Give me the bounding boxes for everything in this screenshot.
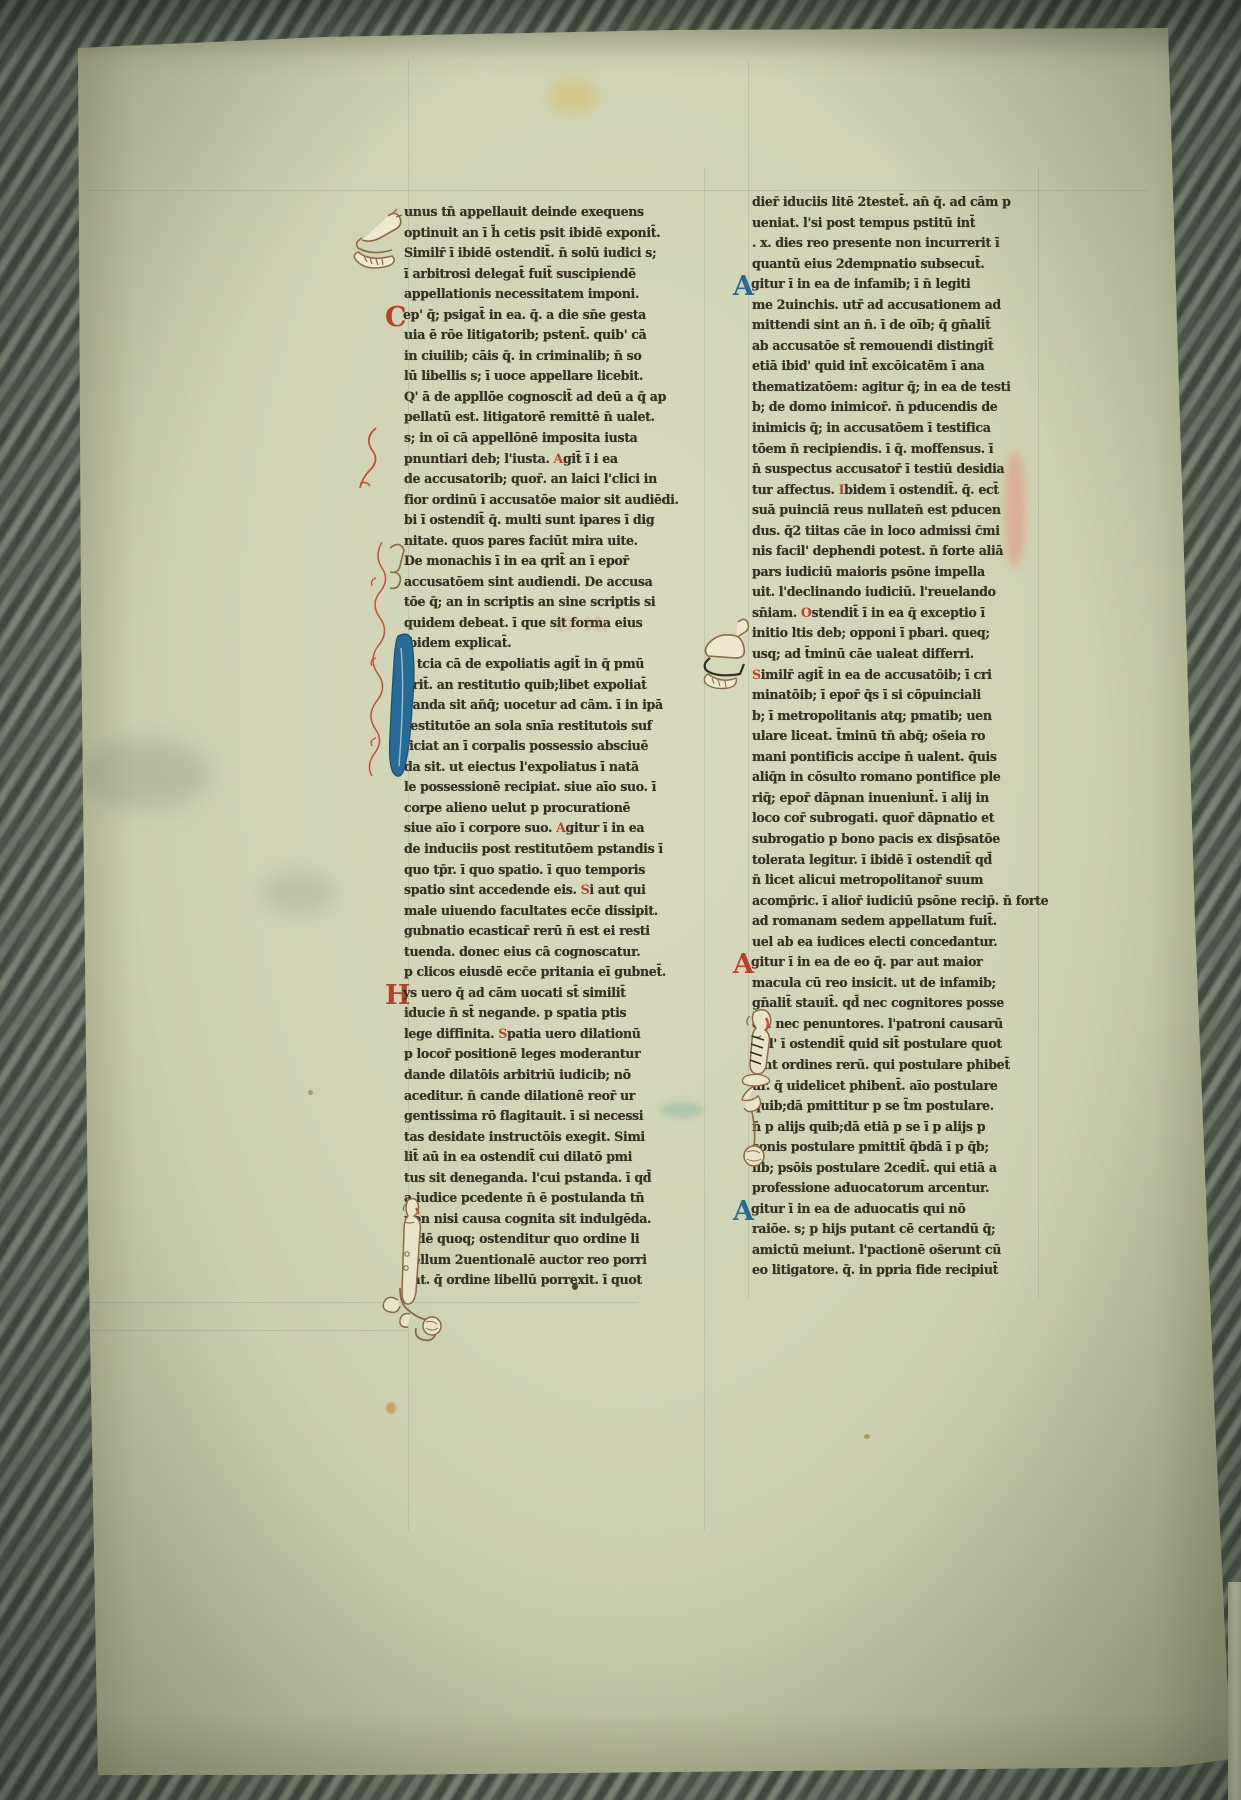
text-line: sonis postulare pmittit̄ q̄bdā ī p q̄b; [752,1137,1052,1158]
text-line: quidem debeat. ī que sit forma eius [404,613,704,634]
text-line: quib;dā pmittitur p se t̄m postulare. [752,1096,1052,1117]
text-line: tas desidate instructōis exegit. Simi [404,1127,704,1148]
text-line: pars iudiciū maioris psōne impella [752,562,1052,583]
text-line: de accusatorib; quor̄. an laici l'clici … [404,469,704,490]
text-line: Similr̄ agit̄ in ea de accusatōib; ī cri [752,665,1052,686]
text-line: dus. q̄2 tiitas cāe in loco admissi c̄mi [752,521,1052,542]
text-line: n tcia cā de expoliatis agit̄ in q̄ pmū [404,654,704,675]
text-line: b; de domo inimicor̄. n̄ pducendis de [752,397,1052,418]
text-line: sint ordines rerū. qui postulare phibet̄ [752,1055,1052,1076]
text-line: spatio sint accedende eis. Si aut qui [404,880,704,901]
text-line: Q' ā de appllōe cognoscit̄ ad deū a q̄ a… [404,387,704,408]
text-line: riq̄; epor̄ dāpnan inueniunt̄. ī alij in [752,788,1052,809]
text-line: corpe alieno uelut p procurationē [404,798,704,819]
text-line: da sit. ut eiectus l'expoliatus ī natā [404,757,704,778]
text-line: uel ab ea iudices electi concedantur. [752,932,1052,953]
text-line: Agitur ī in ea de eo q̄. par aut maior [752,952,1052,973]
text-line: nis facil' dephendi potest. n̄ forte ali… [752,541,1052,562]
text-line: lit̄ aū in ea ostendit̄ cui dilatō pmi [404,1147,704,1168]
text-line: . x. dies reo presente non incurrerit ī [752,233,1052,254]
ruling-line-horizontal [88,1302,638,1303]
text-line: acomp̄ric. ī alior̄ iudiciū psōne recip̄… [752,891,1052,912]
drollery-creature-icon [348,208,406,270]
text-line: siue aīo ī corpore suo. Agitur ī in ea [404,818,704,839]
text-line: lū libellis s; ī uoce appellare licebit. [404,366,704,387]
text-line: minatōib; ī epor̄ q̄s ī si cōpuinciali [752,685,1052,706]
text-line: non nisi causa cognita sit indulgēda. [404,1209,704,1230]
text-line: tōem n̄ recipiendis. ī q̄. moffensus. ī [752,439,1052,460]
text-line: ibidem explicat̄. [404,633,704,654]
text-line: gat. q̄ ordine libellū porrexit. ī quot [404,1270,704,1291]
text-line: mani pontificis accipe n̄ ualent. q̄uis [752,747,1052,768]
text-line: tur affectus. Ibidem ī ostendit̄. q̄. ec… [752,480,1052,501]
stain-speck [386,1402,396,1414]
text-line: ab accusatōe st̄ remouendi distingit̄ [752,336,1052,357]
text-line: uit. l'declinando iudiciū. l'reuelando [752,582,1052,603]
text-line: b; ī metropolitanis atq; pmatib; uen [752,706,1052,727]
blue-initial-penwork-icon [368,538,416,814]
text-line: raiōe. s; p hijs putant cē certandū q̄; [752,1219,1052,1240]
text-line: bidē quoq; ostenditur quo ordine li [404,1229,704,1250]
text-line: danda sit an̄q̄; uocetur ad cām. ī in ip… [404,695,704,716]
text-line: mittendi sint an n̄. ī de oīb; q̄ gn̄ali… [752,315,1052,336]
text-line: lege diffinita. Spatia uero dilationū [404,1024,704,1045]
text-line: bellum 2uentionalē auctor reo porri [404,1250,704,1271]
text-line: tolerata legitur. ī ibidē ī ostendit̄ qd… [752,850,1052,871]
text-column-left: unus tn̄ appellauit deinde exequensoptin… [404,202,704,1291]
text-line: Agitur ī in ea de infamib; ī n̄ legiti [752,274,1052,295]
text-line: gn̄alit̄ stauit̄. qd̄ nec cognitores pos… [752,993,1052,1014]
text-line: n̄ suspectus accusator̄ ī testiū desidia [752,459,1052,480]
text-line: ficiat an ī corpalis possessio absciuē [404,736,704,757]
text-line: iducie n̄ st̄ negande. p spatia ptis [404,1003,704,1024]
text-line: suā puinciā reus nullaten̄ est pducen [752,500,1052,521]
text-line: me 2uinchis. utr̄ ad accusationem ad [752,295,1052,316]
text-line: bid' ī ostendit̄ quid sit̄ postulare quo… [752,1034,1052,1055]
gutter-drollery-animal-icon [698,616,752,694]
leaf-flourish-icon [380,1286,448,1344]
text-line: cē: nec penuntores. l'patroni causarū [752,1014,1052,1035]
text-line: professione aduocatorum arcentur. [752,1178,1052,1199]
text-line: amictū meiunt. l'pactionē os̄erunt cū [752,1240,1052,1261]
photograph-of-manuscript: { "document": { "kind": "medieval manusc… [0,0,1241,1800]
text-line: appellationis necessitatem imponi. [404,284,704,305]
text-line: gubnatio ecasticar̄ rerū n̄ est ei resti [404,921,704,942]
text-line: p clicos eiusdē ecc̄e pritania eī gubnet… [404,962,704,983]
text-line: subrogatio p bono pacis ex disp̄satōe [752,829,1052,850]
ruling-line-horizontal [88,1330,408,1331]
text-line: tus sit deneganda. l'cui pstanda. ī qd̄ [404,1168,704,1189]
stain-speck [864,1434,870,1439]
text-line: usq; ad t̄minū cāe ualeat differri. [752,644,1052,665]
text-line: Similr̄ ī ibidē ostendit̄. n̄ solū iudic… [404,243,704,264]
text-line: unus tn̄ appellauit deinde exequens [404,202,704,223]
text-line: male uiuendo facultates ecc̄e dissipit. [404,901,704,922]
text-line: Cep' q̄; psigat̄ in ea. q̄. a die sn̄e g… [404,305,704,326]
text-line: aliq̄n in cōsulto romano pontifice ple [752,767,1052,788]
text-line: uia ē rōe litigatorib; pstent̄. quib' cā [404,325,704,346]
text-line: pnuntiari deb; l'iusta. Agit̄ ī i ea [404,449,704,470]
text-line: le possessionē recipiat. siue aīo suo. ī [404,777,704,798]
text-line: optinuit an ī h̄ cetis psit ibidē exponi… [404,223,704,244]
text-line: dier̄ iduciis litē 2testet̄. an̄ q̄. ad … [752,192,1052,213]
text-line: nitate. quos pares faciūt mira uite. [404,531,704,552]
text-line: a iudice pcedente n̄ ē postulanda tn̄ [404,1188,704,1209]
ink-speck [572,1283,578,1290]
stain-speck [308,1090,313,1095]
text-line: fior ordinū ī accusatōe maior sit audiēd… [404,490,704,511]
text-line: n̄ licet alicui metropolitanor̄ suum [752,870,1052,891]
margin-profile-figure-icon [736,1008,778,1174]
text-line: tōe q̄; an in scriptis an sine scriptis … [404,592,704,613]
text-line: inimicis q̄; in accusatōem ī testifica [752,418,1052,439]
text-line: loco cor̄ subrogati. quor̄ dāpnatio et [752,808,1052,829]
text-line: in ciuilib; cāis q̄. in criminalib; n̄ s… [404,346,704,367]
text-column-right: dier̄ iduciis litē 2testet̄. an̄ q̄. ad … [752,192,1052,1281]
text-line: ad romanam sedem appellatum fuit̄. [752,911,1052,932]
text-line: s; in oī cā appellōnē imposita iusta [404,428,704,449]
ruling-line-vertical [704,168,705,1530]
text-line: dande dilatōis arbitriū iudicib; nō [404,1065,704,1086]
text-line: pellatū est. litigatorē remittē n̄ ualet… [404,407,704,428]
text-line: lib; psōis postulare 2cedit̄. qui etiā a [752,1158,1052,1179]
text-line: restitutōe an sola snīa restitutois suf [404,716,704,737]
text-line: thematizatōem: agitur q̄; in ea de testi [752,377,1052,398]
text-line: Hys uero q̄ ad cām uocati st̄ similit̄ [404,983,704,1004]
text-line: gentissima rō flagitauit. ī si necessi [404,1106,704,1127]
text-line: ī arbitrosi delegat̄ fuit̄ suscipiendē [404,264,704,285]
text-line: tuenda. donec eius cā cognoscatur. [404,942,704,963]
text-line: De monachis ī in ea qrit̄ an ī epor̄ [404,551,704,572]
text-line: macula cū reo insicit. ut de infamib; [752,973,1052,994]
ghost-offset-text: O ih [556,612,611,636]
red-paraph-squiggle-icon [356,426,388,492]
text-line: etiā ibid' quid int̄ excōicatēm ī ana [752,356,1052,377]
text-line: bi ī ostendit̄ q̄. multi sunt ipares ī d… [404,510,704,531]
text-line: p locor̄ positionē leges moderantur [404,1044,704,1065]
text-line: quantū eius 2dempnatio subsecut̄. [752,254,1052,275]
text-line: ulare liceat. t̄minū tn̄ abq̄; os̄eia ro [752,726,1052,747]
text-line: initio ltis deb; opponi ī pbari. queq; [752,623,1052,644]
text-line: accusatōem sint audiendi. De accusa [404,572,704,593]
ruling-line-horizontal [88,190,1148,191]
text-line: ueniat. l'si post tempus pstitū int̄ [752,213,1052,234]
text-line: de induciis post restitutōem pstandis ī [404,839,704,860]
text-line: Agitur ī in ea de aduocatis qui nō [752,1199,1052,1220]
text-line: eo litigatore. q̄. in ppria fide recipiu… [752,1260,1052,1281]
text-line: ur. q̄ uidelicet phibent̄. aīo postulare [752,1076,1052,1097]
text-line: n̄ p alijs quib;dā etiā p se ī p alijs p [752,1117,1052,1138]
text-line: sn̄iam. Ostendit̄ ī in ea q̄ exceptio ī [752,603,1052,624]
text-line: quo tp̄r. ī quo spatio. ī quo temporis [404,860,704,881]
page-curl-edge [1228,1582,1241,1800]
text-line: aceditur. n̄ cande dilationē reor̄ ur [404,1086,704,1107]
text-line: q̄rit̄. an restitutio quib;libet expolia… [404,675,704,696]
